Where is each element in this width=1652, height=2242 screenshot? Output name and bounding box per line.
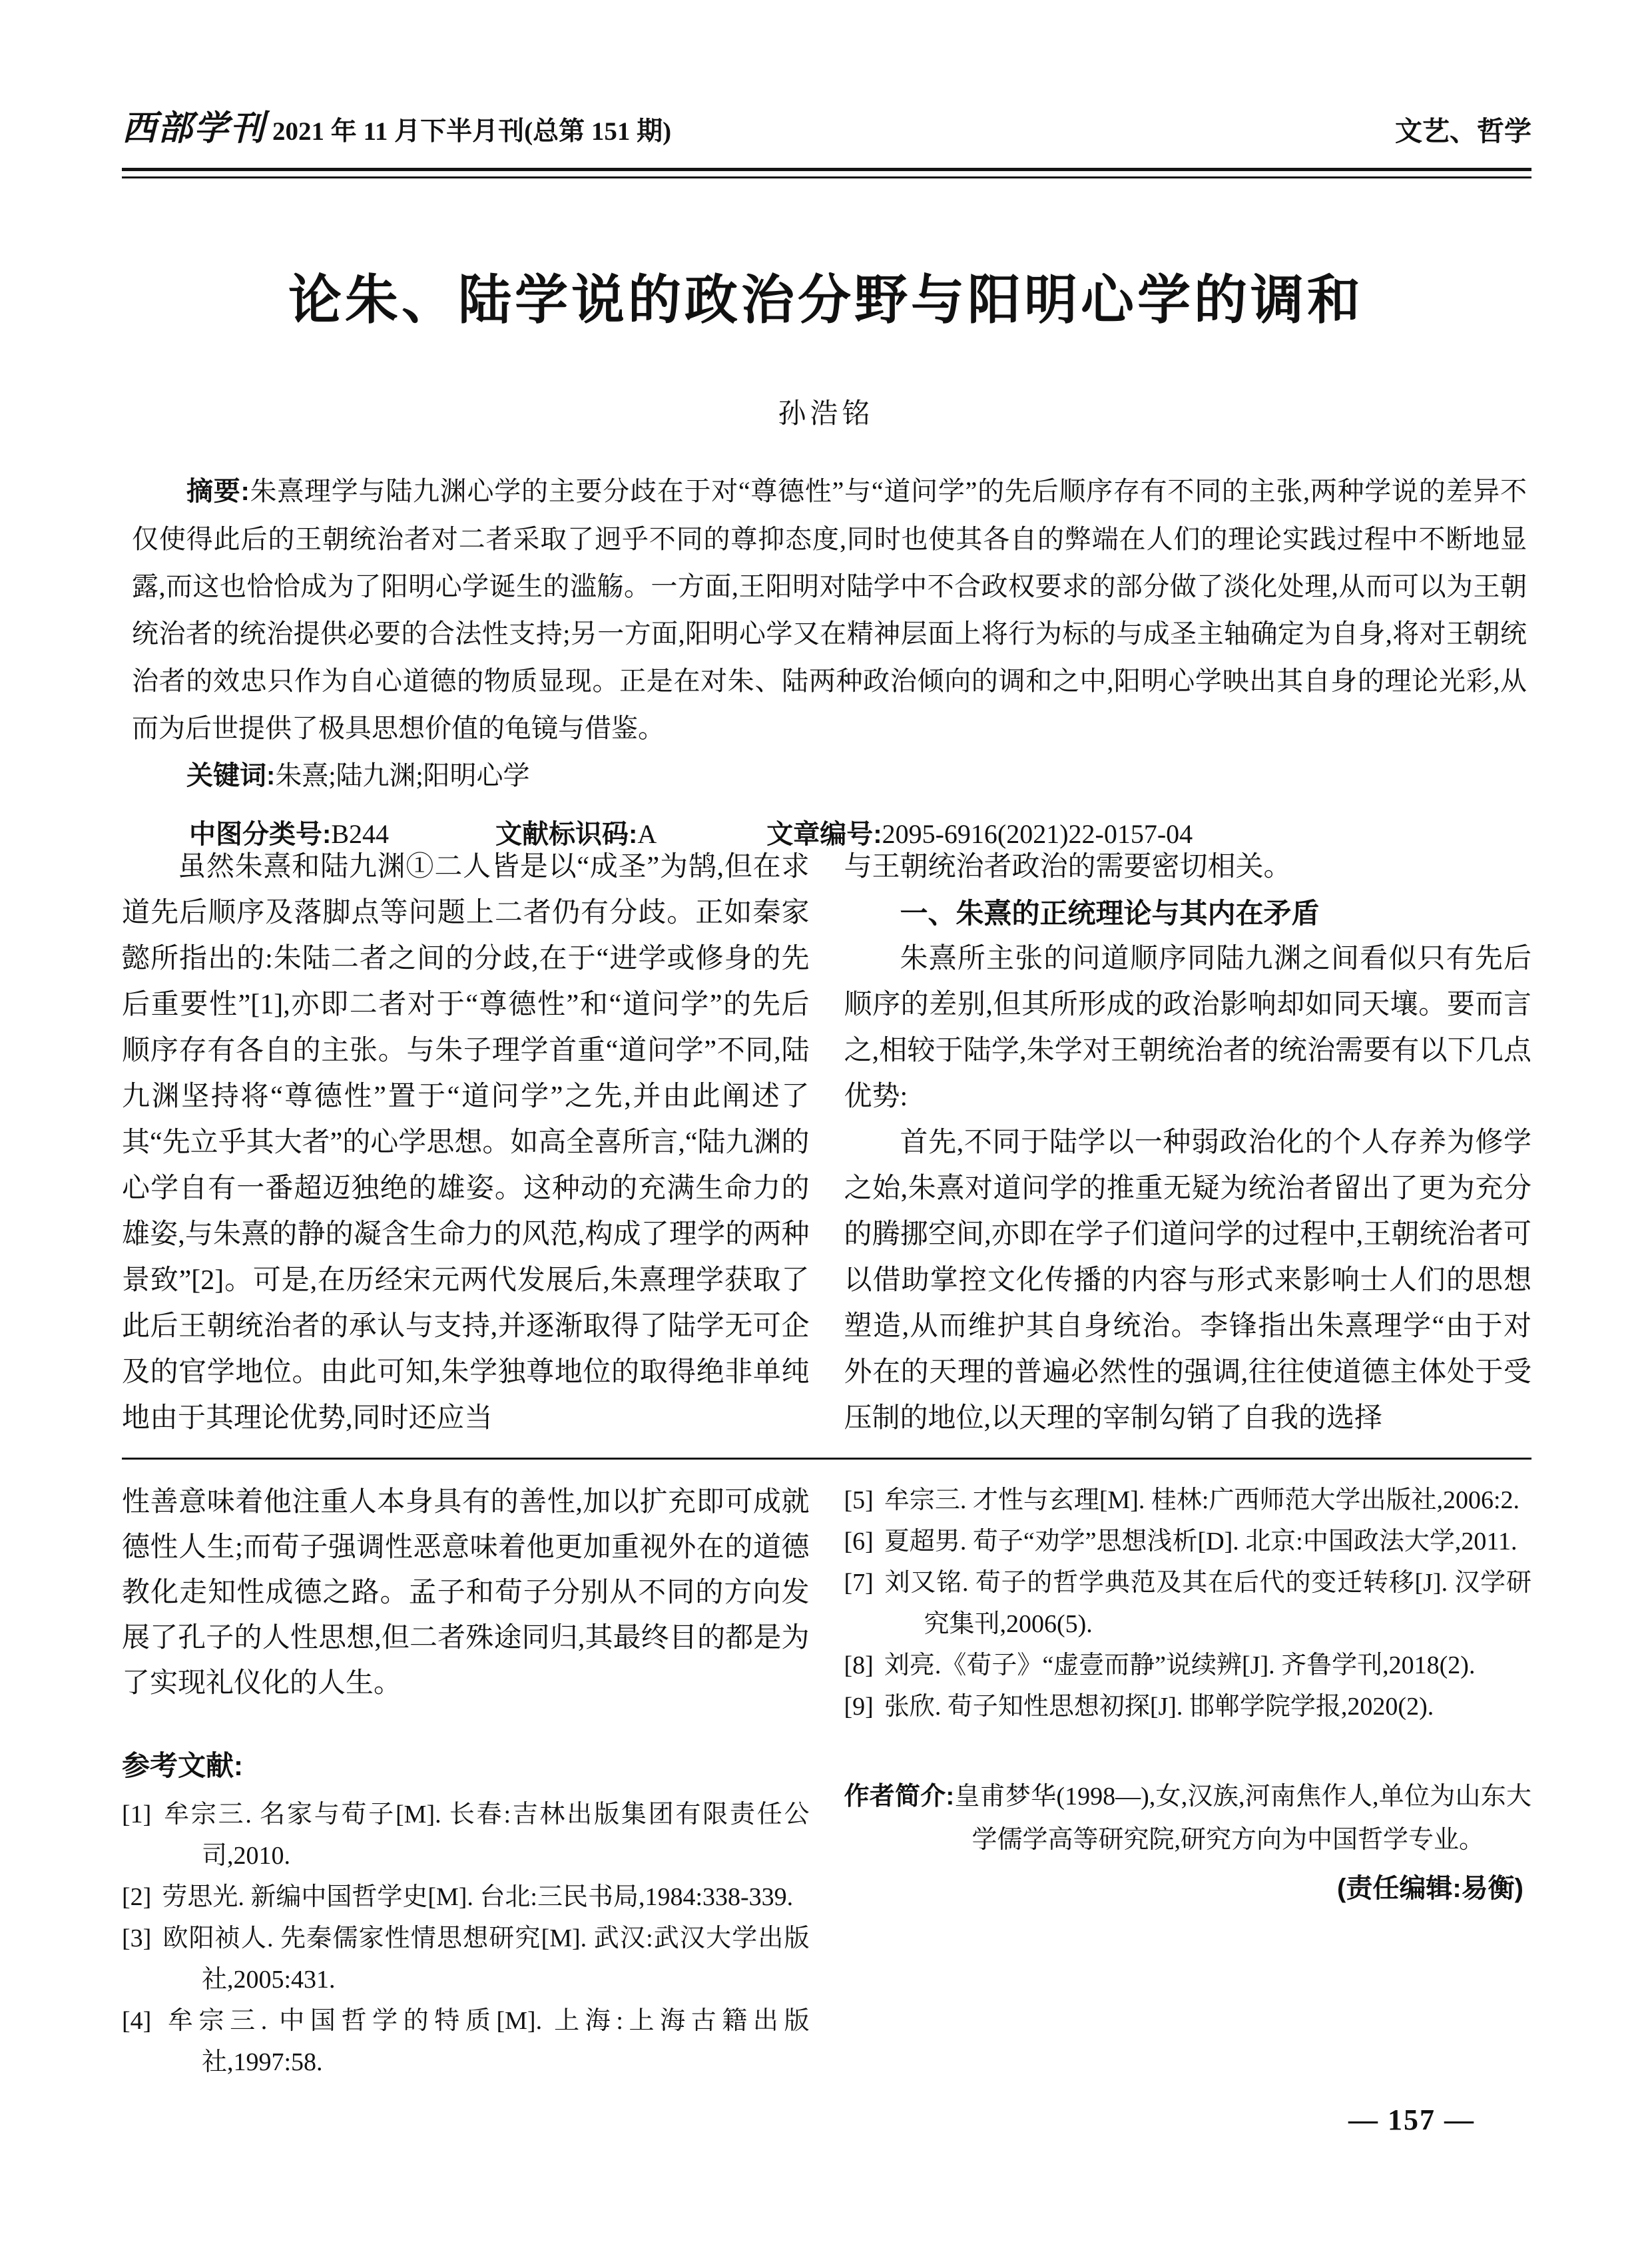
keywords-paragraph: 关键词:朱熹;陆九渊;阳明心学	[132, 752, 1527, 800]
reference-item: [5]牟宗三. 才性与玄理[M]. 桂林:广西师范大学出版社,2006:2.	[844, 1480, 1532, 1521]
reference-number: [4]	[122, 2007, 151, 2035]
reference-text: 刘又铭. 荀子的哲学典范及其在后代的变迁转移[J]. 汉学研究集刊,2006(5…	[884, 1569, 1531, 1638]
page-number: — 157 —	[1318, 2103, 1505, 2137]
article-title: 论朱、陆学说的政治分野与阳明心学的调和	[0, 266, 1652, 336]
reference-item: [8]刘亮.《荀子》“虚壹而静”说续辨[J]. 齐鲁学刊,2018(2).	[844, 1645, 1532, 1686]
front-matter: 摘要:朱熹理学与陆九渊心学的主要分歧在于对“尊德性”与“道问学”的先后顺序存有不…	[132, 467, 1527, 858]
reference-text: 欧阳祯人. 先秦儒家性情思想研究[M]. 武汉:武汉大学出版社,2005:431…	[162, 1924, 809, 1994]
editor-note: (责任编辑:易衡)	[844, 1871, 1532, 1906]
reference-number: [1]	[122, 1801, 151, 1828]
journal-logo: 西部学刊	[122, 112, 266, 146]
author-bio-text: 皇甫梦华(1998—),女,汉族,河南焦作人,单位为山东大学儒学高等研究院,研究…	[954, 1783, 1531, 1854]
article-author: 孙浩铭	[0, 392, 1652, 431]
header-left: 西部学刊 2021 年 11 月下半月刊(总第 151 期)	[122, 112, 671, 146]
reference-item: [1]牟宗三. 名家与荀子[M]. 长春:吉林出版集团有限责任公司,2010.	[122, 1794, 810, 1876]
bottom-right-column: [5]牟宗三. 才性与玄理[M]. 桂林:广西师范大学出版社,2006:2. […	[844, 1480, 1532, 2083]
reference-text: 劳思光. 新编中国哲学史[M]. 台北:三民书局,1984:338-339.	[162, 1883, 793, 1911]
body-right-column: 与王朝统治者政治的需要密切相关。 一、朱熹的正统理论与其内在矛盾 朱熹所主张的问…	[844, 844, 1532, 1442]
journal-page: 西部学刊 2021 年 11 月下半月刊(总第 151 期) 文艺、哲学 论朱、…	[0, 0, 1652, 2242]
reference-item: [9]张欣. 荀子知性思想初探[J]. 邯郸学院学报,2020(2).	[844, 1686, 1532, 1727]
reference-item: [3]欧阳祯人. 先秦儒家性情思想研究[M]. 武汉:武汉大学出版社,2005:…	[122, 1918, 810, 2000]
reference-number: [7]	[844, 1569, 874, 1597]
header-rule-top	[122, 168, 1531, 171]
reference-item: [7]刘又铭. 荀子的哲学典范及其在后代的变迁转移[J]. 汉学研究集刊,200…	[844, 1562, 1532, 1645]
author-bio: 作者简介:皇甫梦华(1998—),女,汉族,河南焦作人,单位为山东大学儒学高等研…	[844, 1775, 1532, 1862]
reference-text: 张欣. 荀子知性思想初探[J]. 邯郸学院学报,2020(2).	[884, 1693, 1434, 1721]
bottom-left-column: 性善意味着他注重人本身具有的善性,加以扩充即可成就德性人生;而荀子强调性恶意味着…	[122, 1480, 810, 2083]
article-divider-rule	[122, 1458, 1531, 1460]
reference-text: 牟宗三. 名家与荀子[M]. 长春:吉林出版集团有限责任公司,2010.	[162, 1801, 809, 1870]
reference-item: [4]牟宗三. 中国哲学的特质[M]. 上海:上海古籍出版社,1997:58.	[122, 2000, 810, 2083]
section-label: 文艺、哲学	[1395, 117, 1531, 146]
keywords-text: 朱熹;陆九渊;阳明心学	[275, 760, 529, 790]
reference-number: [9]	[844, 1693, 874, 1721]
section-heading: 一、朱熹的正统理论与其内在矛盾	[844, 890, 1532, 936]
reference-text: 牟宗三. 才性与玄理[M]. 桂林:广西师范大学出版社,2006:2.	[884, 1486, 1519, 1514]
previous-article-section: 性善意味着他注重人本身具有的善性,加以扩充即可成就德性人生;而荀子强调性恶意味着…	[122, 1480, 1531, 2083]
body-paragraph-continuation: 与王朝统治者政治的需要密切相关。	[844, 844, 1532, 890]
reference-item: [2]劳思光. 新编中国哲学史[M]. 台北:三民书局,1984:338-339…	[122, 1876, 810, 1918]
keywords-label: 关键词:	[186, 761, 275, 790]
author-bio-label: 作者简介:	[844, 1783, 955, 1811]
reference-text: 牟宗三. 中国哲学的特质[M]. 上海:上海古籍出版社,1997:58.	[162, 2007, 809, 2076]
reference-number: [3]	[122, 1924, 151, 1952]
reference-text: 夏超男. 荀子“劝学”思想浅析[D]. 北京:中国政法大学,2011.	[884, 1528, 1517, 1555]
header-rule-bottom	[122, 176, 1531, 178]
abstract-text: 朱熹理学与陆九渊心学的主要分歧在于对“尊德性”与“道问学”的先后顺序存有不同的主…	[132, 476, 1527, 743]
body-paragraph: 朱熹所主张的问道顺序同陆九渊之间看似只有先后顺序的差别,但其所形成的政治影响却如…	[844, 936, 1532, 1120]
article-body: 虽然朱熹和陆九渊①二人皆是以“成圣”为鹄,但在求道先后顺序及落脚点等问题上二者仍…	[122, 844, 1531, 1442]
abstract-paragraph: 摘要:朱熹理学与陆九渊心学的主要分歧在于对“尊德性”与“道问学”的先后顺序存有不…	[132, 467, 1527, 752]
body-paragraph: 虽然朱熹和陆九渊①二人皆是以“成圣”为鹄,但在求道先后顺序及落脚点等问题上二者仍…	[122, 844, 810, 1442]
reference-number: [6]	[844, 1528, 874, 1555]
reference-number: [2]	[122, 1883, 151, 1911]
abstract-label: 摘要:	[186, 477, 250, 506]
page-header: 西部学刊 2021 年 11 月下半月刊(总第 151 期) 文艺、哲学	[122, 112, 1531, 146]
reference-number: [8]	[844, 1651, 874, 1679]
continuation-paragraph: 性善意味着他注重人本身具有的善性,加以扩充即可成就德性人生;而荀子强调性恶意味着…	[122, 1480, 810, 1706]
body-paragraph: 首先,不同于陆学以一种弱政治化的个人存养为修学之始,朱熹对道问学的推重无疑为统治…	[844, 1120, 1532, 1442]
issue-info: 2021 年 11 月下半月刊(总第 151 期)	[272, 118, 671, 146]
body-left-column: 虽然朱熹和陆九渊①二人皆是以“成圣”为鹄,但在求道先后顺序及落脚点等问题上二者仍…	[122, 844, 810, 1442]
reference-number: [5]	[844, 1486, 874, 1514]
references-heading: 参考文献:	[122, 1747, 810, 1785]
reference-text: 刘亮.《荀子》“虚壹而静”说续辨[J]. 齐鲁学刊,2018(2).	[884, 1651, 1476, 1679]
reference-item: [6]夏超男. 荀子“劝学”思想浅析[D]. 北京:中国政法大学,2011.	[844, 1521, 1532, 1562]
